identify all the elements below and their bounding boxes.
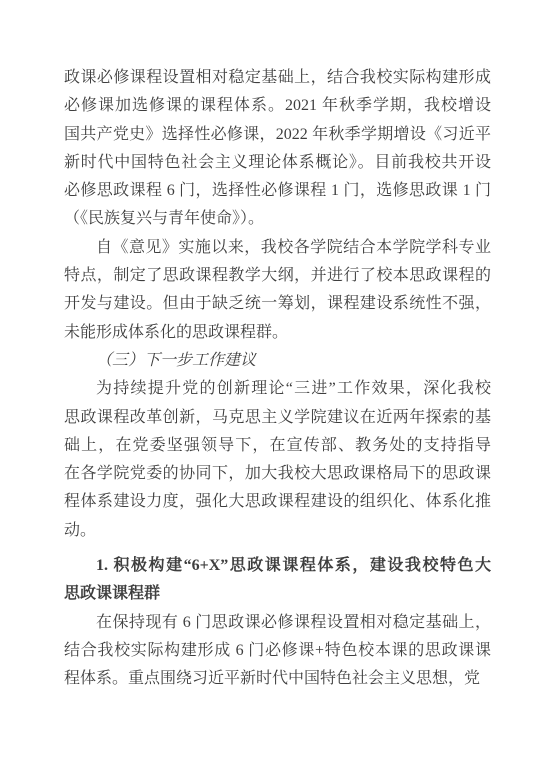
text-line: 政课必修课程设置相对稳定基础上，结合我校实际构建形成 bbox=[64, 64, 491, 92]
subheading-build-6plusx-system: 1. 积极构建“6+X”思政课课程体系，建设我校特色大思政课课程群 bbox=[64, 552, 491, 609]
text-line: 未能形成体系化的思政课程群。 bbox=[64, 319, 491, 347]
text-line: 结合我校实际构建形成 6 门必修课+特色校本课的思政课课 bbox=[64, 637, 491, 665]
text-line: 程体系。重点围绕习近平新时代中国特色社会主义思想，党 bbox=[64, 665, 491, 693]
text-line: 特点，制定了思政课程教学大纲，并进行了校本思政课程的 bbox=[64, 262, 491, 290]
text-line: 开发与建设。但由于缺乏统一筹划，课程建设系统性不强， bbox=[64, 290, 491, 318]
paragraph-yijian-implementation: 自《意见》实施以来，我校各学院结合本学院学科专业特点，制定了思政课程教学大纲，并… bbox=[64, 234, 491, 347]
page-body-text: 政课必修课程设置相对稳定基础上，结合我校实际构建形成必修课加选修课的课程体系。2… bbox=[64, 64, 491, 694]
text-line: 国共产党史》选择性必修课，2022 年秋季学期增设《习近平 bbox=[64, 121, 491, 149]
text-line: （三）下一步工作建议 bbox=[64, 347, 491, 375]
text-line: 础上，在党委坚强领导下，在宣传部、教务处的支持指导下， bbox=[64, 432, 491, 460]
text-line: 思政课程改革创新，马克思主义学院建议在近两年探索的基 bbox=[64, 404, 491, 432]
text-line: 1. 积极构建“6+X”思政课课程体系，建设我校特色大 bbox=[64, 552, 491, 580]
text-line: 在保持现有 6 门思政课必修课程设置相对稳定基础上， bbox=[64, 609, 491, 637]
text-line: 必修思政课程 6 门，选择性必修课程 1 门，选修思政课 1 门 bbox=[64, 177, 491, 205]
paragraph-reform-proposal: 为持续提升党的创新理论“三进”工作效果，深化我校思政课程改革创新，马克思主义学院… bbox=[64, 375, 491, 545]
section-heading-next-step-suggestions: （三）下一步工作建议 bbox=[64, 347, 491, 375]
text-line: 程体系建设力度，强化大思政课程建设的组织化、体系化推 bbox=[64, 488, 491, 516]
paragraph-course-system-continued: 政课必修课程设置相对稳定基础上，结合我校实际构建形成必修课加选修课的课程体系。2… bbox=[64, 64, 491, 234]
text-line: 为持续提升党的创新理论“三进”工作效果，深化我校 bbox=[64, 375, 491, 403]
text-line: 思政课课程群 bbox=[64, 580, 491, 608]
document-page: 政课必修课程设置相对稳定基础上，结合我校实际构建形成必修课加选修课的课程体系。2… bbox=[0, 0, 554, 783]
text-line: 动。 bbox=[64, 517, 491, 545]
paragraph-keep-six-courses: 在保持现有 6 门思政课必修课程设置相对稳定基础上，结合我校实际构建形成 6 门… bbox=[64, 609, 491, 694]
text-line: 必修课加选修课的课程体系。2021 年秋季学期，我校增设《中 bbox=[64, 92, 491, 120]
text-line: 自《意见》实施以来，我校各学院结合本学院学科专业 bbox=[64, 234, 491, 262]
text-line: （《民族复兴与青年使命》）。 bbox=[64, 205, 491, 233]
text-line: 在各学院党委的协同下，加大我校大思政课格局下的思政课 bbox=[64, 460, 491, 488]
text-line: 新时代中国特色社会主义理论体系概论》。目前我校共开设 bbox=[64, 149, 491, 177]
